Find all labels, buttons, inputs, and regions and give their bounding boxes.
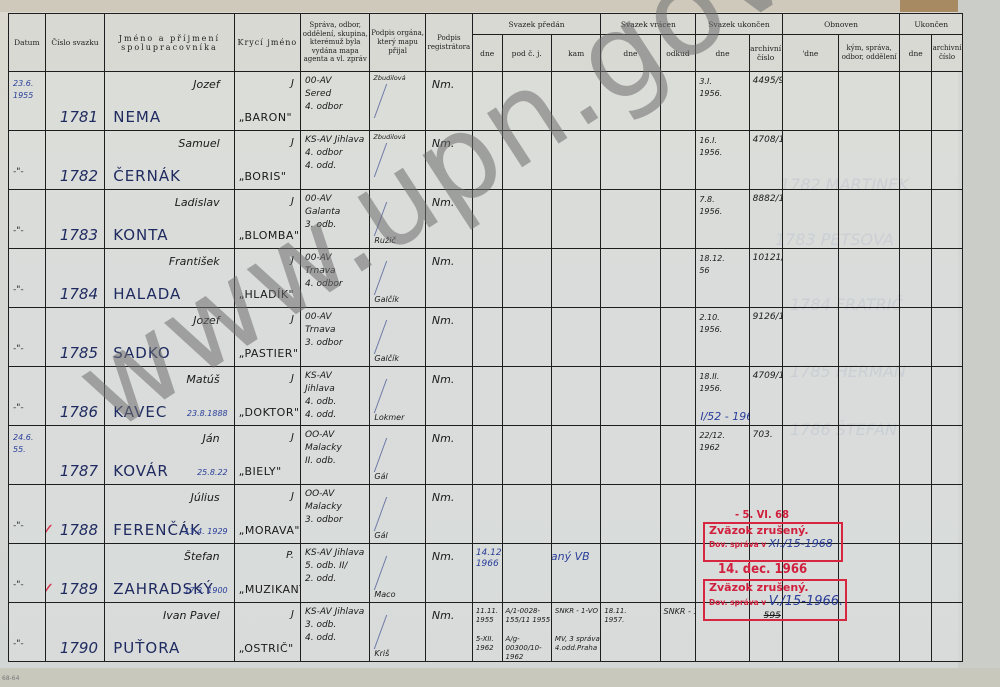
- cover-mark: J: [291, 314, 294, 325]
- register-rows: 23.6. 19551781JozefNEMAJ„BARON"00-AVSere…: [9, 72, 1000, 662]
- cell-predan-dne: [472, 131, 502, 190]
- cell-obnoven-kym: [838, 249, 899, 308]
- first-name: Samuel: [178, 137, 219, 150]
- cell-obnoven-kym: [838, 367, 899, 426]
- cell-sprava: 00-AVSered4. odbor: [301, 72, 370, 131]
- department: 00-AVSered4. odbor: [305, 75, 343, 114]
- cell-predan-kam: [551, 367, 600, 426]
- first-name: Štefan: [184, 550, 220, 563]
- cell-sprava: KS-AV Jihlava4. odbor4. odd.: [301, 131, 370, 190]
- table-row: 24.6. 55.1787JánKOVÁR25.8.22J„BIELY"OO-A…: [9, 426, 1000, 485]
- cell-jmeno: JánKOVÁR25.8.22: [105, 426, 234, 485]
- cell-obnoven-kym: [838, 190, 899, 249]
- cell-sprava: KS-AV Jihlava5. odb. II/2. odd.: [301, 544, 370, 603]
- cover-name: „BLOMBA": [239, 229, 300, 242]
- cover-name: „OSTRIČ": [239, 642, 294, 655]
- cell-vracen-dne: [601, 367, 660, 426]
- surname: SADKO: [113, 344, 170, 362]
- cell-podpis-registratora: Nm.: [425, 190, 472, 249]
- returned-date: 18.11. 1957.: [604, 607, 634, 625]
- stamp-zvazok-zruseny-1788: Zväzok zrušený. Dov. správa v XI./15-196…: [703, 522, 843, 562]
- cell-margin: [963, 485, 1000, 544]
- archive-number: 8882/1636: [753, 194, 782, 204]
- archive-number: 9126/1612: [753, 312, 782, 322]
- department: 00-AVGalanta3. odb.: [305, 193, 340, 232]
- cover-name: „BORIS": [239, 170, 287, 183]
- cell-kryci-jmeno: J„BORIS": [234, 131, 300, 190]
- cell-ukoncen2-archivni-cislo: [932, 249, 963, 308]
- cell-cislo-svazku: 1782: [45, 131, 104, 190]
- department-line: OO-AV: [305, 488, 343, 501]
- cell-predan-pod-cj: [502, 544, 551, 603]
- cell-margin: [963, 190, 1000, 249]
- organ-signature-name: Ružič: [374, 236, 395, 245]
- header-obnoven: Obnoven: [782, 14, 900, 35]
- red-check-mark: ✓: [45, 520, 55, 541]
- file-number: 1789: [60, 580, 98, 598]
- header-ukoncen-dne: dne: [696, 35, 749, 72]
- birth-date: 17.3. 1900: [184, 586, 227, 596]
- cell-ukoncen-archivni-cislo: 8882/1636: [749, 190, 782, 249]
- cell-predan-pod-cj: [502, 485, 551, 544]
- registrar-signature: Nm.: [432, 432, 454, 446]
- cell-cislo-svazku: 1789✓: [45, 544, 104, 603]
- cell-margin: [963, 544, 1000, 603]
- cell-jmeno: FrantišekHALADA: [105, 249, 234, 308]
- date-text: 24.6. 55.: [13, 432, 41, 456]
- cell-obnoven-dne: [782, 308, 838, 367]
- date-text: 23.6. 1955: [13, 78, 41, 102]
- header-svazek-vracen: Svazek vrácen: [601, 14, 696, 35]
- cell-podpis-organa: Lokmer: [370, 367, 426, 426]
- organ-name-top: Zbudilová: [373, 74, 405, 82]
- handover-date: 5-XII. 1962: [476, 635, 502, 653]
- signature-scribble: [374, 261, 417, 295]
- cell-podpis-registratora: Nm.: [425, 544, 472, 603]
- cell-predan-kam: PB predaný VB: [551, 544, 600, 603]
- cell-vracen-odkud: [660, 367, 696, 426]
- cell-podpis-organa: Zbudilová: [370, 72, 426, 131]
- department-line: Galanta: [305, 206, 340, 219]
- handover-destination: MV, 3 správa 4.odd.Praha: [555, 635, 601, 653]
- registrar-signature: Nm.: [432, 255, 454, 269]
- registrar-signature: Nm.: [432, 314, 454, 328]
- archive-number: 10121/1760: [753, 253, 782, 263]
- organ-name-top: Zbudilová: [373, 133, 405, 141]
- registrar-signature: Nm.: [432, 373, 454, 387]
- department-line: 4. odd.: [305, 409, 336, 422]
- cell-ukoncen2-dne: [900, 190, 932, 249]
- cell-podpis-registratora: Nm.: [425, 485, 472, 544]
- header-svazek-ukoncen: Svazek ukončen: [696, 14, 782, 35]
- header-vracen-dne: dne: [601, 35, 660, 72]
- cell-ukoncen-dne: 18.12. 56: [696, 249, 749, 308]
- archive-number: 4709/1064: [753, 371, 782, 381]
- department-line: 00-AV: [305, 75, 343, 88]
- cell-ukoncen2-archivni-cislo: [932, 72, 963, 131]
- cell-jmeno: JozefSADKO: [105, 308, 234, 367]
- cover-mark: J: [291, 491, 294, 502]
- surname: NEMA: [113, 108, 161, 126]
- handover-date: 14.12. 1966: [476, 548, 502, 570]
- page-bottom-edge: [0, 668, 1000, 687]
- birth-date: 23.8.1888: [187, 409, 228, 419]
- closed-date: 18.II. 1956.: [699, 371, 727, 395]
- registrar-signature: Nm.: [432, 550, 454, 564]
- department: KS-AV Jihlava5. odb. II/2. odd.: [305, 547, 364, 586]
- cell-podpis-organa: Galčík: [370, 308, 426, 367]
- cell-podpis-registratora: Nm.: [425, 249, 472, 308]
- cell-ukoncen2-dne: [900, 603, 932, 662]
- signature-scribble: [374, 84, 417, 118]
- header-ukoncen-archivni-cislo: archivní číslo: [749, 35, 782, 72]
- footer-code: 68-64: [2, 675, 19, 682]
- cover-name: „MORAVA": [239, 524, 300, 537]
- department-line: Malacky: [305, 442, 342, 455]
- cell-datum: -"-: [9, 249, 46, 308]
- cell-podpis-registratora: Nm.: [425, 426, 472, 485]
- cell-ukoncen-dne: 16.I. 1956.: [696, 131, 749, 190]
- cell-datum: -"-: [9, 603, 46, 662]
- cell-cislo-svazku: 1786: [45, 367, 104, 426]
- department-line: 4. odd.: [305, 632, 364, 645]
- signature-scribble: [374, 143, 417, 177]
- handover-destination: PB predaný VB: [551, 550, 589, 563]
- cell-margin: [963, 426, 1000, 485]
- stamp-date-1788: - 5. VI. 68: [735, 508, 789, 521]
- department-line: 5. odb. II/: [305, 560, 364, 573]
- cell-jmeno: JozefNEMA: [105, 72, 234, 131]
- organ-signature-name: Galčík: [374, 354, 399, 363]
- handover-ref: A/g-00300/10- 1962: [506, 635, 552, 662]
- cell-cislo-svazku: 1785: [45, 308, 104, 367]
- cell-datum: -"-: [9, 131, 46, 190]
- cell-podpis-organa: Galčík: [370, 249, 426, 308]
- stamp-date-1789: 14. dec. 1966: [718, 562, 807, 577]
- cell-ukoncen2-archivni-cislo: [932, 603, 963, 662]
- cell-kryci-jmeno: J„BIELY": [234, 426, 300, 485]
- cell-ukoncen-archivni-cislo: 4708/1058: [749, 131, 782, 190]
- organ-signature-name: Gál: [374, 472, 387, 481]
- file-number: 1782: [60, 167, 98, 185]
- signature-scribble: [374, 379, 417, 413]
- cell-vracen-dne: [601, 544, 660, 603]
- cell-sprava: KS-AV Jihlava3. odb.4. odd.: [301, 603, 370, 662]
- date-text: -"-: [13, 403, 24, 413]
- header-ukoncen2-dne: dne: [900, 35, 932, 72]
- date-text: -"-: [13, 285, 24, 295]
- registrar-signature: Nm.: [432, 137, 454, 151]
- red-check-mark: ✓: [45, 579, 55, 600]
- file-number: 1784: [60, 285, 98, 303]
- cell-ukoncen-archivni-cislo: 4495/909: [749, 72, 782, 131]
- first-name: Jozef: [193, 314, 219, 327]
- cell-vracen-odkud: [660, 131, 696, 190]
- archive-number: 4708/1058: [753, 135, 782, 145]
- department-line: 4. odbor: [305, 147, 364, 160]
- surname: KONTA: [113, 226, 168, 244]
- header-datum: Datum: [9, 14, 46, 72]
- cell-predan-pod-cj: [502, 190, 551, 249]
- table-row: -"-1789✓ŠtefanZAHRADSKÝ17.3. 1900P.„MUZI…: [9, 544, 1000, 603]
- cell-ukoncen2-archivni-cislo: [932, 485, 963, 544]
- page-top-edge: [0, 0, 1000, 12]
- cell-vracen-odkud: [660, 485, 696, 544]
- signature-scribble: [374, 556, 417, 590]
- closed-date: 22/12. 1962: [699, 430, 727, 454]
- cell-vracen-odkud: [660, 249, 696, 308]
- cell-ukoncen2-archivni-cislo: [932, 131, 963, 190]
- cell-vracen-dne: [601, 426, 660, 485]
- header-svazek-predan: Svazek předán: [472, 14, 601, 35]
- cover-name: „HLADÍK": [239, 288, 294, 301]
- cell-ukoncen2-dne: [900, 426, 932, 485]
- cell-vracen-dne: [601, 308, 660, 367]
- table-row: -"-1785JozefSADKOJ„PASTIER"00-AVTrnava3.…: [9, 308, 1000, 367]
- file-number: 1783: [60, 226, 98, 244]
- cell-vracen-odkud: [660, 308, 696, 367]
- header-ukoncen: Ukončen: [900, 14, 963, 35]
- cell-predan-pod-cj: [502, 367, 551, 426]
- cell-predan-dne: [472, 485, 502, 544]
- signature-scribble: [374, 438, 417, 472]
- table-row: -"-1783LadislavKONTAJ„BLOMBA"00-AVGalant…: [9, 190, 1000, 249]
- cell-ukoncen2-archivni-cislo: [932, 426, 963, 485]
- handover-ref: A/1-0028-155/11 1955: [506, 607, 552, 625]
- closed-date: 3.I. 1956.: [699, 76, 727, 100]
- cell-podpis-registratora: Nm.: [425, 131, 472, 190]
- date-text: -"-: [13, 167, 24, 177]
- cover-mark: J: [291, 255, 294, 266]
- cell-ukoncen2-archivni-cislo: [932, 367, 963, 426]
- cell-datum: -"-: [9, 485, 46, 544]
- department-line: 3. odb.: [305, 219, 340, 232]
- file-number: 1785: [60, 344, 98, 362]
- department-line: 4. odbor: [305, 278, 343, 291]
- cell-sprava: OO-AVMalackyII. odb.: [301, 426, 370, 485]
- table-row: -"-1788✓JúliusFERENČÁK13.4. 1929J„MORAVA…: [9, 485, 1000, 544]
- cell-predan-dne: [472, 367, 502, 426]
- cell-predan-kam: [551, 426, 600, 485]
- cell-margin: [963, 367, 1000, 426]
- signature-scribble: [374, 320, 417, 354]
- department: OO-AVMalacky3. odbor: [305, 488, 343, 527]
- cell-margin: [963, 72, 1000, 131]
- header-sprava: Správa, odbor, oddělení, skupina, kterém…: [301, 14, 370, 72]
- cell-kryci-jmeno: J„BLOMBA": [234, 190, 300, 249]
- cell-podpis-registratora: Nm.: [425, 308, 472, 367]
- registrar-signature: Nm.: [432, 78, 454, 92]
- date-text: -"-: [13, 580, 24, 590]
- cell-podpis-organa: Gál: [370, 426, 426, 485]
- department-line: Sered: [305, 88, 343, 101]
- cell-ukoncen-dne: 3.I. 1956.: [696, 72, 749, 131]
- cell-predan-dne: [472, 249, 502, 308]
- first-name: Jozef: [193, 78, 219, 91]
- cell-obnoven-dne: [782, 426, 838, 485]
- cover-name: „BIELY": [239, 465, 282, 478]
- department-line: 3. odbor: [305, 337, 343, 350]
- cover-mark: J: [291, 137, 294, 148]
- department-line: Jihlava: [305, 383, 336, 396]
- cell-ukoncen2-dne: [900, 544, 932, 603]
- stamp-line: Dov. správa v: [709, 540, 766, 549]
- cell-podpis-registratora: Nm.: [425, 603, 472, 662]
- department-line: 3. odb.: [305, 619, 364, 632]
- cell-cislo-svazku: 1783: [45, 190, 104, 249]
- organ-signature-name: Maco: [374, 590, 395, 599]
- cell-vracen-odkud: [660, 72, 696, 131]
- department-line: 3. odbor: [305, 514, 343, 527]
- returned-from: SNKR - 1 VO.: [664, 607, 696, 616]
- cell-obnoven-dne: [782, 72, 838, 131]
- cell-obnoven-dne: [782, 190, 838, 249]
- department: OO-AVMalackyII. odb.: [305, 429, 342, 468]
- cell-datum: -"-: [9, 367, 46, 426]
- registrar-signature: Nm.: [432, 196, 454, 210]
- cell-sprava: KS-AVJihlava4. odb.4. odd.: [301, 367, 370, 426]
- department-line: KS-AV: [305, 370, 336, 383]
- cell-jmeno: SamuelČERNÁK: [105, 131, 234, 190]
- cell-vracen-dne: [601, 249, 660, 308]
- cell-ukoncen-archivni-cislo: 9126/1612: [749, 308, 782, 367]
- date-text: -"-: [13, 639, 24, 649]
- cell-jmeno: ŠtefanZAHRADSKÝ17.3. 1900: [105, 544, 234, 603]
- first-name: Július: [191, 491, 220, 504]
- cell-ukoncen-dne: 2.10. 1956.: [696, 308, 749, 367]
- file-number: 1787: [60, 462, 98, 480]
- cell-ukoncen2-dne: [900, 308, 932, 367]
- header-vracen-odkud: odkud: [660, 35, 696, 72]
- file-number: 1781: [60, 108, 98, 126]
- birth-date: 13.4. 1929: [184, 527, 227, 537]
- table-row: 23.6. 19551781JozefNEMAJ„BARON"00-AVSere…: [9, 72, 1000, 131]
- header-podpis-organa: Podpis orgána, který mapu přijal: [370, 14, 426, 72]
- cell-sprava: 00-AVTrnava4. odbor: [301, 249, 370, 308]
- cell-predan-kam: [551, 190, 600, 249]
- cell-kryci-jmeno: J„OSTRIČ": [234, 603, 300, 662]
- stamp-title: Zväzok zrušený.: [705, 524, 841, 537]
- handover-date: 11.11. 1955: [476, 607, 502, 625]
- cell-obnoven-kym: [838, 485, 899, 544]
- first-name: Ladislav: [175, 196, 220, 209]
- cell-predan-dne: [472, 308, 502, 367]
- cover-mark: P.: [286, 550, 294, 561]
- cell-jmeno: JúliusFERENČÁK13.4. 1929: [105, 485, 234, 544]
- cell-ukoncen-archivni-cislo: 4709/1064: [749, 367, 782, 426]
- header-predan-kam: kam: [551, 35, 600, 72]
- department-line: Trnava: [305, 265, 343, 278]
- cell-cislo-svazku: 1788✓: [45, 485, 104, 544]
- cell-ukoncen-archivni-cislo: 703.: [749, 426, 782, 485]
- cell-vracen-dne: [601, 72, 660, 131]
- department-line: 4. odbor: [305, 101, 343, 114]
- stamp-fill: V./15-1966.: [769, 594, 843, 609]
- cell-predan-dne: [472, 190, 502, 249]
- cell-kryci-jmeno: J„DOKTOR": [234, 367, 300, 426]
- cell-datum: -"-: [9, 544, 46, 603]
- cell-predan-pod-cj: [502, 308, 551, 367]
- cell-ukoncen2-dne: [900, 249, 932, 308]
- cell-predan-kam: [551, 308, 600, 367]
- department: 00-AVTrnava4. odbor: [305, 252, 343, 291]
- cell-ukoncen2-archivni-cislo: [932, 544, 963, 603]
- cell-obnoven-kym: [838, 426, 899, 485]
- signature-scribble: [374, 202, 417, 236]
- header-blank: [963, 14, 1000, 72]
- table-row: -"-1786MatúšKAVEC23.8.1888J„DOKTOR"KS-AV…: [9, 367, 1000, 426]
- cell-ukoncen-dne: 22/12. 1962: [696, 426, 749, 485]
- cell-cislo-svazku: 1787: [45, 426, 104, 485]
- cell-vracen-dne: [601, 131, 660, 190]
- cell-predan-dne: [472, 426, 502, 485]
- header-podpis-registratora: Podpis registrátora: [425, 14, 472, 72]
- cell-podpis-organa: Gál: [370, 485, 426, 544]
- cell-podpis-organa: Ružič: [370, 190, 426, 249]
- surname: KAVEC: [113, 403, 167, 421]
- cell-vracen-odkud: SNKR - 1 VO.: [660, 603, 696, 662]
- cover-mark: J: [291, 609, 294, 620]
- date-text: -"-: [13, 344, 24, 354]
- header-obnoven-dne: 'dne: [782, 35, 838, 72]
- cover-mark: J: [291, 373, 294, 384]
- register-table: Datum Číslo svazku Jméno a příjmení spol…: [8, 13, 1000, 662]
- cell-obnoven-kym: [838, 308, 899, 367]
- department-line: KS-AV Jihlava: [305, 134, 364, 147]
- organ-signature-name: Galčík: [374, 295, 399, 304]
- closed-date: 18.12. 56: [699, 253, 727, 277]
- cover-name: „PASTIER": [239, 347, 299, 360]
- cell-ukoncen2-archivni-cislo: [932, 190, 963, 249]
- signature-scribble: [374, 497, 417, 531]
- cell-sprava: 00-AVGalanta3. odb.: [301, 190, 370, 249]
- cell-obnoven-dne: [782, 131, 838, 190]
- cell-podpis-organa: Maco: [370, 544, 426, 603]
- cover-mark: J: [291, 432, 294, 443]
- cell-ukoncen2-archivni-cislo: [932, 308, 963, 367]
- department-line: Malacky: [305, 501, 343, 514]
- closed-date: 7.8. 1956.: [699, 194, 727, 218]
- cell-sprava: 00-AVTrnava3. odbor: [301, 308, 370, 367]
- file-number: 1788: [60, 521, 98, 539]
- header-predan-dne: dne: [472, 35, 502, 72]
- cell-predan-kam: [551, 131, 600, 190]
- cell-obnoven-kym: [838, 603, 899, 662]
- cell-margin: [963, 603, 1000, 662]
- archive-number: 4495/909: [753, 76, 782, 86]
- cell-predan-dne: 14.12. 1966: [472, 544, 502, 603]
- cell-jmeno: Ivan PavelPUŤORA: [105, 603, 234, 662]
- cell-predan-pod-cj: [502, 131, 551, 190]
- table-row: -"-1782SamuelČERNÁKJ„BORIS"KS-AV Jihlava…: [9, 131, 1000, 190]
- cell-vracen-dne: [601, 485, 660, 544]
- organ-signature-name: Gál: [374, 531, 387, 540]
- cell-ukoncen-dne: 7.8. 1956.: [696, 190, 749, 249]
- cell-kryci-jmeno: J„PASTIER": [234, 308, 300, 367]
- cell-vracen-odkud: [660, 426, 696, 485]
- cell-predan-kam: SNKR - 1-VOMV, 3 správa 4.odd.Praha: [551, 603, 600, 662]
- first-name: František: [169, 255, 220, 268]
- archive-number: 703.: [753, 430, 773, 440]
- registrar-signature: Nm.: [432, 491, 454, 505]
- date-text: -"-: [13, 226, 24, 236]
- cell-obnoven-kym: [838, 131, 899, 190]
- department: 00-AVTrnava3. odbor: [305, 311, 343, 350]
- header-obnoven-kym: kým, správa, odbor, oddělení: [838, 35, 899, 72]
- header-predan-pod-cj: pod č. j.: [502, 35, 551, 72]
- cell-predan-kam: [551, 485, 600, 544]
- header-cislo-svazku: Číslo svazku: [45, 14, 104, 72]
